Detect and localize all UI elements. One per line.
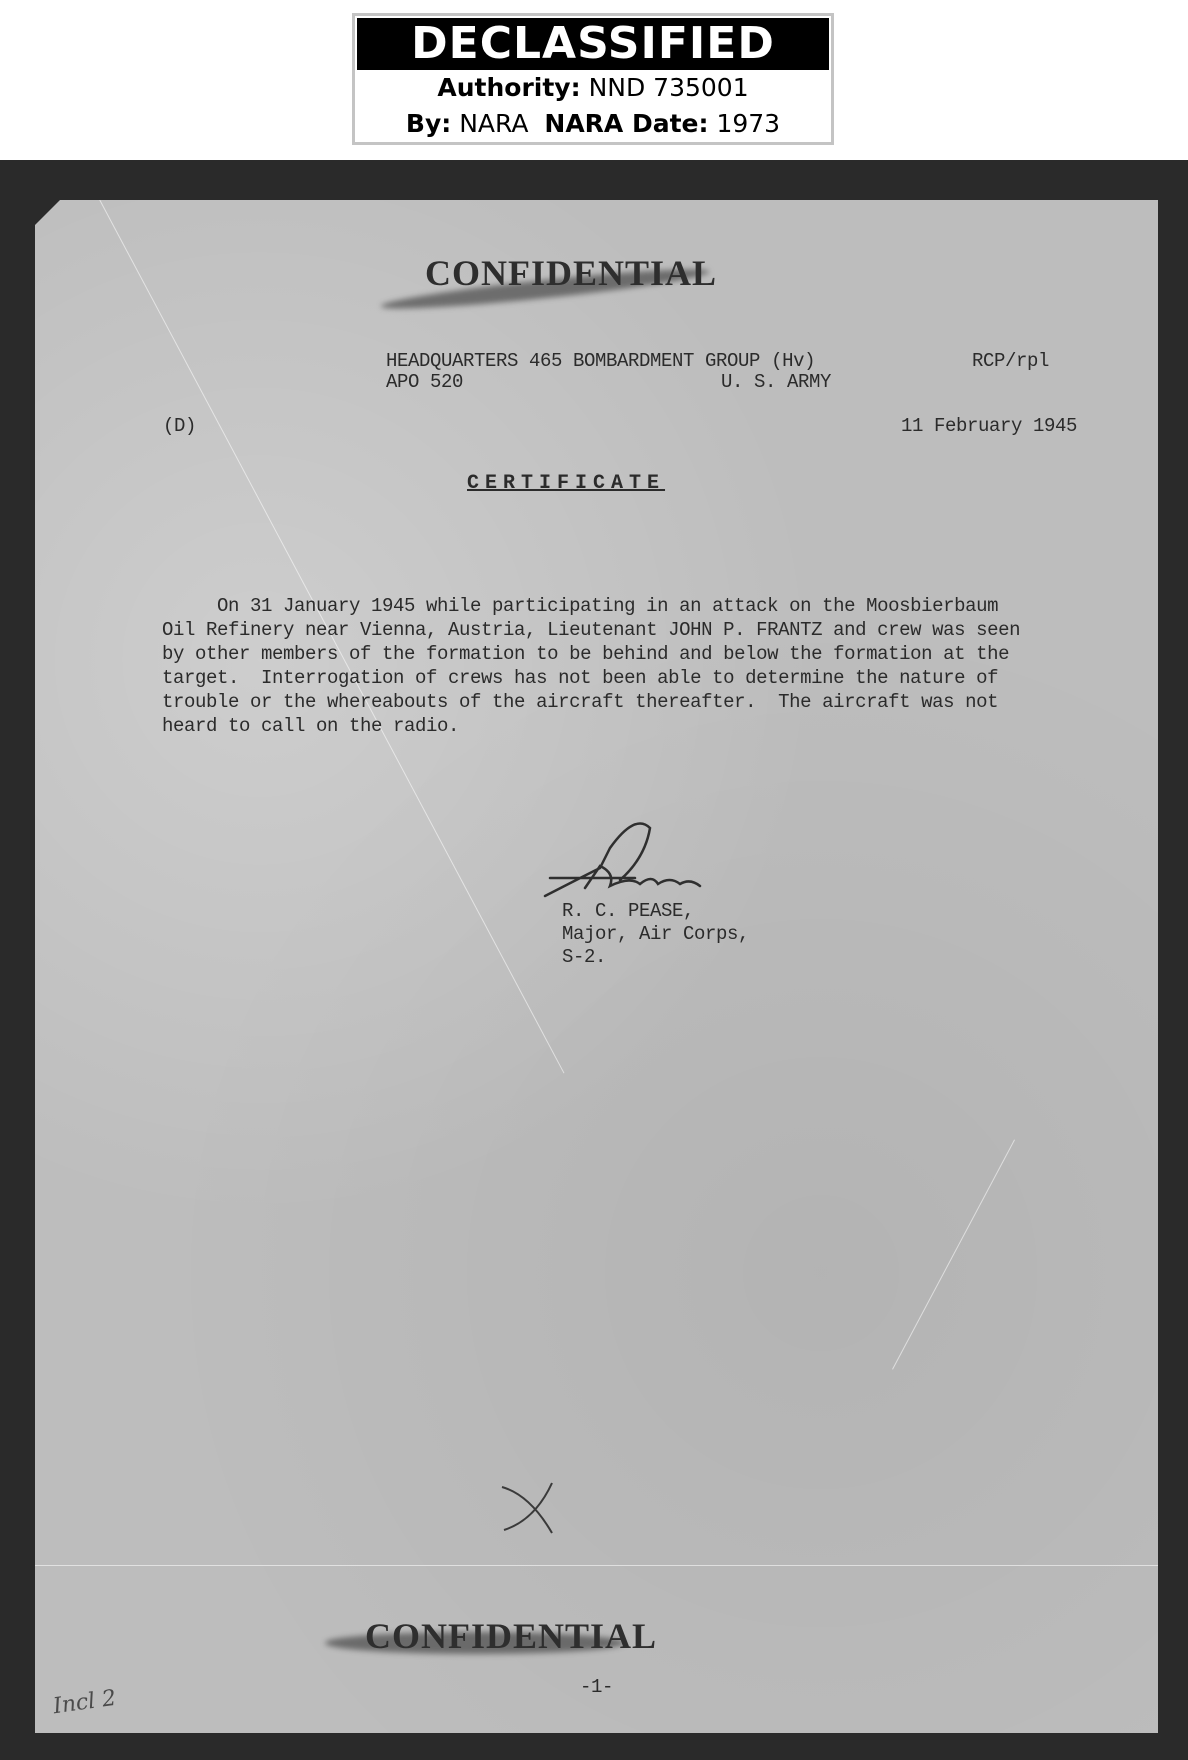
stamp-title: DECLASSIFIED	[357, 18, 829, 70]
body-line: heard to call on the radio.	[162, 715, 459, 737]
stamp-authority: Authority: NND 735001	[355, 70, 831, 106]
stamp-date-label: NARA Date:	[544, 109, 708, 138]
classification-bottom: CONFIDENTIAL	[365, 1615, 657, 1657]
stamp-by-label: By:	[406, 109, 451, 138]
scan-scratch	[892, 1140, 1015, 1370]
page-number: -1-	[580, 1676, 613, 1698]
header-army: U. S. ARMY	[721, 371, 831, 393]
header-apo: APO 520	[386, 371, 463, 393]
reference-code: RCP/rpl	[972, 350, 1049, 372]
body-line: target. Interrogation of crews has not b…	[162, 667, 998, 689]
body-line: Oil Refinery near Vienna, Austria, Lieut…	[162, 619, 1020, 641]
document-paper: CONFIDENTIAL HEADQUARTERS 465 BOMBARDMEN…	[35, 200, 1158, 1733]
signatory-rank: Major, Air Corps,	[562, 923, 749, 945]
body-line: On 31 January 1945 while participating i…	[162, 595, 998, 617]
signatory-office: S-2.	[562, 946, 606, 968]
signatory-name: R. C. PEASE,	[562, 900, 694, 922]
declassified-stamp: DECLASSIFIED Authority: NND 735001 By: N…	[352, 13, 834, 145]
stamp-authority-label: Authority:	[437, 73, 580, 102]
classification-top: CONFIDENTIAL	[425, 252, 717, 294]
signature-mark	[540, 818, 720, 908]
body-line: by other members of the formation to be …	[162, 643, 1009, 665]
designation: (D)	[163, 415, 196, 437]
stamp-by-date: By: NARA NARA Date: 1973	[355, 106, 831, 142]
stamp-authority-value: NND 735001	[589, 73, 749, 102]
handwritten-note: Incl 2	[52, 1686, 118, 1720]
document-title: CERTIFICATE	[467, 472, 665, 495]
x-mark	[490, 1475, 560, 1545]
stamp-by-value: NARA	[459, 109, 528, 138]
header-unit: HEADQUARTERS 465 BOMBARDMENT GROUP (Hv)	[386, 350, 815, 372]
body-line: trouble or the whereabouts of the aircra…	[162, 691, 998, 713]
scanned-page-backdrop: CONFIDENTIAL HEADQUARTERS 465 BOMBARDMEN…	[0, 160, 1188, 1760]
stamp-date-value: 1973	[716, 109, 780, 138]
scan-scratch	[35, 1565, 1158, 1566]
document-date: 11 February 1945	[901, 415, 1077, 437]
